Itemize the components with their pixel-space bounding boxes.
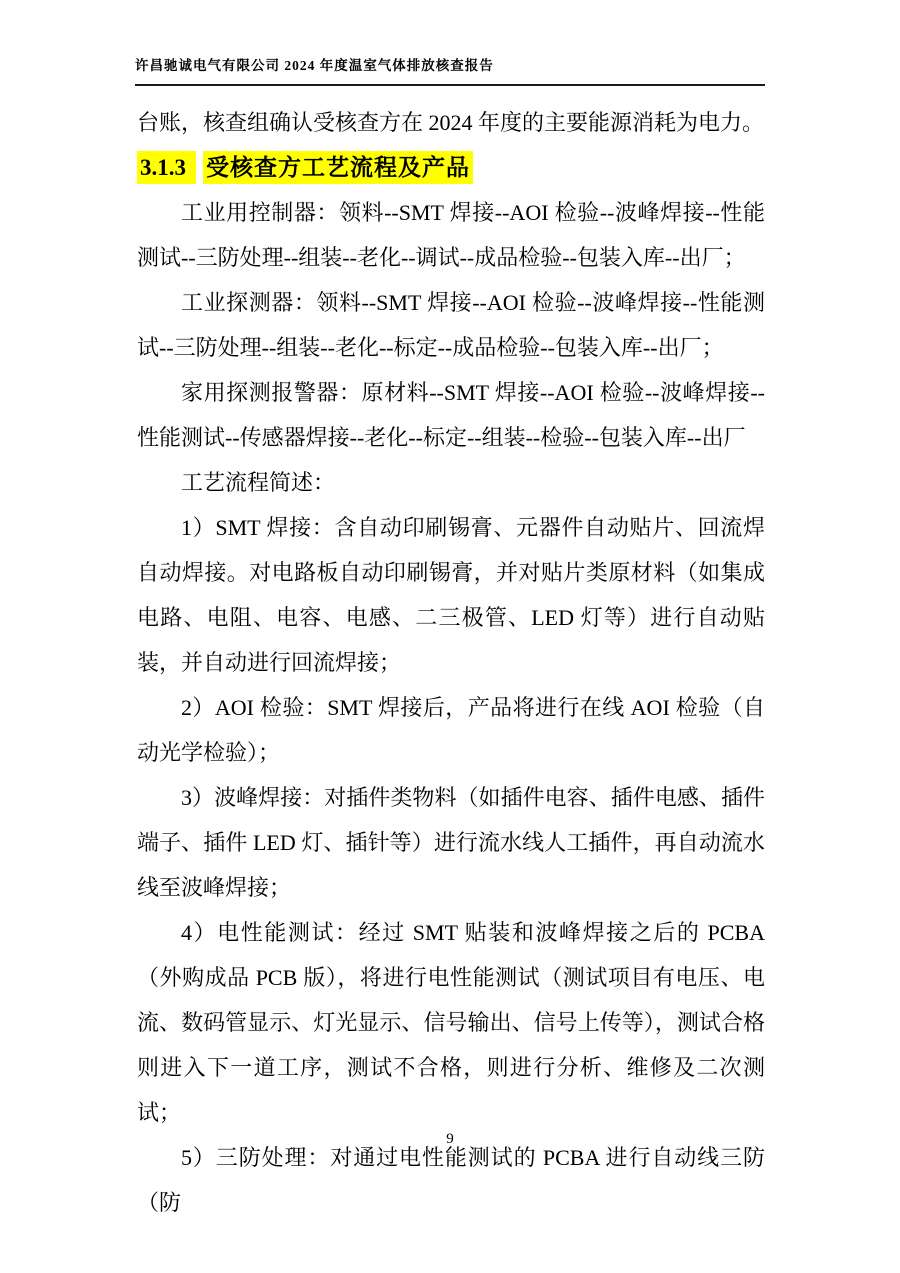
paragraph-process-intro: 工艺流程简述： xyxy=(137,460,765,505)
heading-title: 受核查方工艺流程及产品 xyxy=(203,151,473,184)
page-header: 许昌驰诚电气有限公司 2024 年度温室气体排放核查报告 xyxy=(135,54,765,86)
document-body: 台账，核查组确认受核查方在 2024 年度的主要能源消耗为电力。 3.1.3受核… xyxy=(137,100,765,1225)
paragraph-step-4-electrical-test: 4）电性能测试：经过 SMT 贴装和波峰焊接之后的 PCBA（外购成品 PCB … xyxy=(137,910,765,1135)
document-page: 许昌驰诚电气有限公司 2024 年度温室气体排放核查报告 台账，核查组确认受核查… xyxy=(0,0,900,1273)
section-heading: 3.1.3受核查方工艺流程及产品 xyxy=(137,145,765,190)
header-title: 许昌驰诚电气有限公司 2024 年度温室气体排放核查报告 xyxy=(135,58,494,73)
page-footer: 9 xyxy=(0,1130,900,1148)
intro-paragraph: 台账，核查组确认受核查方在 2024 年度的主要能源消耗为电力。 xyxy=(137,100,765,145)
paragraph-step-2-aoi: 2）AOI 检验：SMT 焊接后，产品将进行在线 AOI 检验（自动光学检验）； xyxy=(137,685,765,775)
paragraph-industrial-controller: 工业用控制器：领料--SMT 焊接--AOI 检验--波峰焊接--性能测试--三… xyxy=(137,190,765,280)
heading-number: 3.1.3 xyxy=(137,151,196,184)
paragraph-industrial-detector: 工业探测器：领料--SMT 焊接--AOI 检验--波峰焊接--性能测试--三防… xyxy=(137,280,765,370)
paragraph-step-1-smt: 1）SMT 焊接：含自动印刷锡膏、元器件自动贴片、回流焊自动焊接。对电路板自动印… xyxy=(137,505,765,685)
paragraph-home-alarm: 家用探测报警器：原材料--SMT 焊接--AOI 检验--波峰焊接--性能测试-… xyxy=(137,370,765,460)
paragraph-step-5-conformal-coating: 5）三防处理：对通过电性能测试的 PCBA 进行自动线三防（防 xyxy=(137,1135,765,1225)
page-number: 9 xyxy=(446,1131,454,1147)
paragraph-step-3-wave-solder: 3）波峰焊接：对插件类物料（如插件电容、插件电感、插件端子、插件 LED 灯、插… xyxy=(137,775,765,910)
